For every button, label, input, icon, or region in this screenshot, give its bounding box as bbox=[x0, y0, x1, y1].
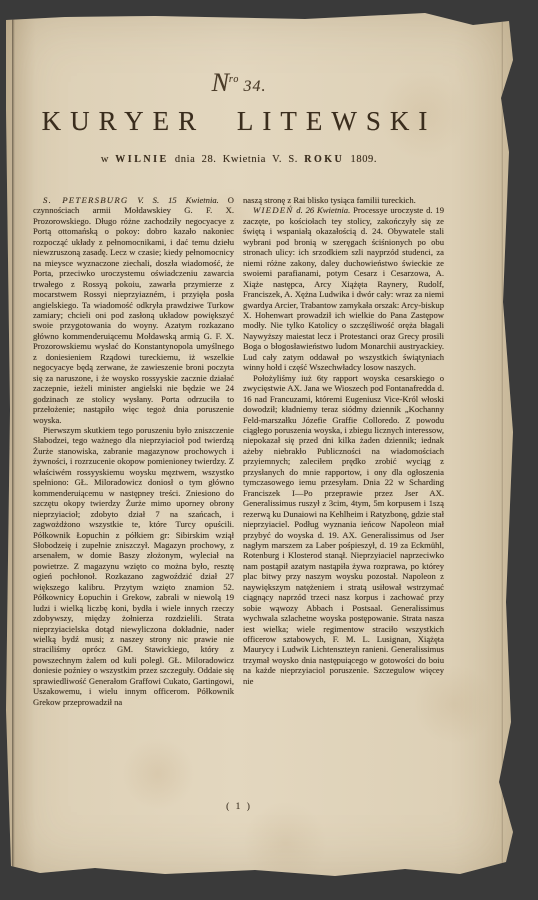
dateline-prefix: w bbox=[101, 154, 109, 165]
newspaper-title: KURYER LITEWSKI bbox=[33, 106, 445, 137]
article-petersburg: S. PETERSBURG V. S. 15 Kwietnia. O czynn… bbox=[33, 195, 234, 425]
dateline-year: 1809. bbox=[351, 154, 378, 165]
issue-number-value: 34. bbox=[243, 78, 266, 95]
article-wien: WIEDEŃ d. 26 Kwietnia. Processye uroczys… bbox=[243, 205, 444, 372]
page-number: ( 1 ) bbox=[33, 802, 445, 812]
left-fold-crease bbox=[12, 10, 15, 878]
dateline-style: V. S. bbox=[272, 154, 298, 165]
right-fold-crease bbox=[501, 10, 503, 878]
dateline-roku: ROKU bbox=[304, 154, 344, 165]
newspaper-sheet: Nro 34. KURYER LITEWSKI w WILNIE dnia 28… bbox=[5, 10, 515, 878]
issue-number-superscript: ro bbox=[229, 74, 240, 85]
article-petersburg-body: O czynnościach armii Mołdawskiey G. F. X… bbox=[33, 195, 234, 425]
article-wien-body: Processye uroczyste d. 19 zaczęte, po ko… bbox=[243, 205, 444, 372]
article-petersburg-continuation: naszą stronę z Rai blisko tysiąca famili… bbox=[243, 195, 444, 205]
article-petersburg-paragraph-2: Pierwszym skutkiem tego poruszeniu było … bbox=[33, 425, 234, 707]
article-wien-dateline: WIEDEŃ bbox=[253, 205, 293, 215]
article-petersburg-dateline: S. PETERSBURG bbox=[43, 195, 128, 205]
issue-number: Nro 34. bbox=[33, 68, 445, 98]
article-wien-paragraph-2: Położyliśmy iuż 6ty rapport woyska cesar… bbox=[243, 373, 444, 687]
dateline-date: dnia 28. Kwietnia bbox=[175, 154, 266, 165]
dateline-city: WILNIE bbox=[115, 154, 168, 165]
printed-area: Nro 34. KURYER LITEWSKI w WILNIE dnia 28… bbox=[33, 68, 445, 812]
scanned-newspaper-page: { "masthead": { "issue_script": "N", "is… bbox=[0, 0, 538, 900]
article-petersburg-date: V. S. 15 Kwietnia. bbox=[137, 195, 218, 205]
left-column: S. PETERSBURG V. S. 15 Kwietnia. O czynn… bbox=[33, 195, 234, 796]
text-columns: S. PETERSBURG V. S. 15 Kwietnia. O czynn… bbox=[33, 195, 445, 796]
issue-number-letter: N bbox=[212, 68, 229, 97]
right-column: naszą stronę z Rai blisko tysiąca famili… bbox=[243, 195, 444, 796]
article-wien-date: d. 26 Kwietnia. bbox=[296, 205, 350, 215]
dateline: w WILNIE dnia 28. Kwietnia V. S. ROKU 18… bbox=[33, 154, 445, 165]
